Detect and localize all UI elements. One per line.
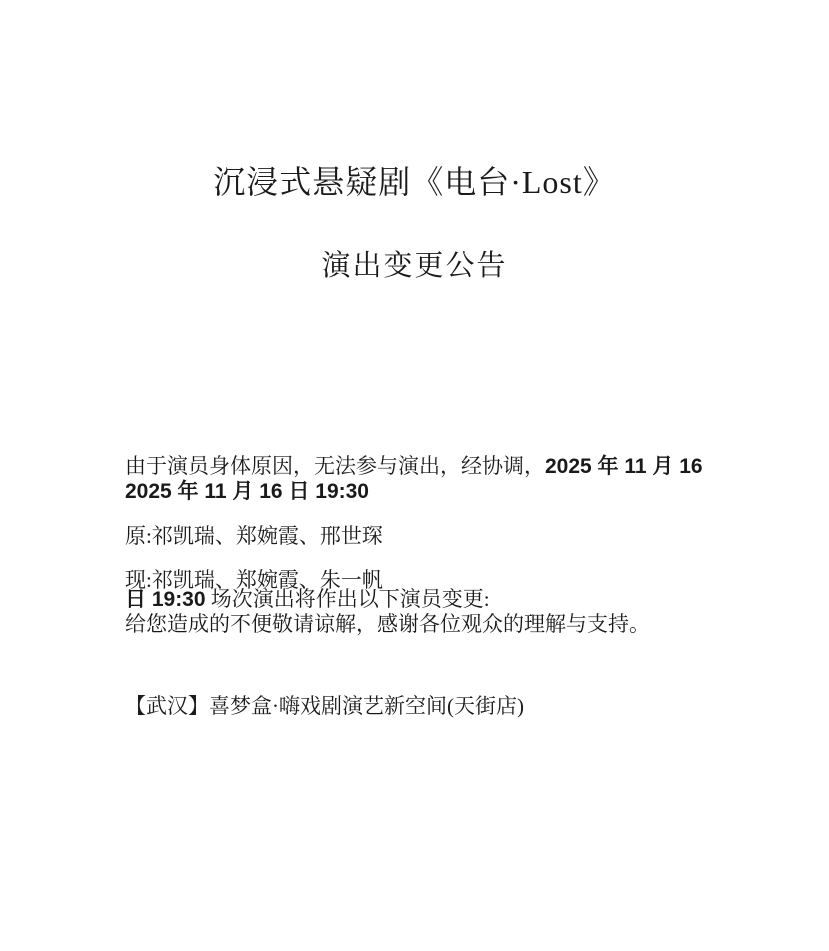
page-title: 沉浸式悬疑剧《电台·Lost》 <box>0 165 829 199</box>
announcement-page: 沉浸式悬疑剧《电台·Lost》 演出变更公告 由于演员身体原因，无法参与演出，经… <box>0 0 829 951</box>
apology-line: 给您造成的不便敬请谅解，感谢各位观众的理解与支持。 <box>125 602 769 646</box>
cast-change-block: 2025 年 11 月 16 日 19:30 原:祁凯瑞、郑婉霞、邢世琛 现:祁… <box>125 470 769 646</box>
venue-line: 【武汉】喜梦盒·嗨戏剧演艺新空间(天街店) <box>125 684 769 728</box>
session-datetime: 2025 年 11 月 16 日 19:30 <box>125 470 769 514</box>
updated-cast-line: 现:祁凯瑞、郑婉霞、朱一帆 <box>125 558 769 602</box>
original-cast-line: 原:祁凯瑞、郑婉霞、邢世琛 <box>125 514 769 558</box>
page-subtitle: 演出变更公告 <box>0 251 829 282</box>
